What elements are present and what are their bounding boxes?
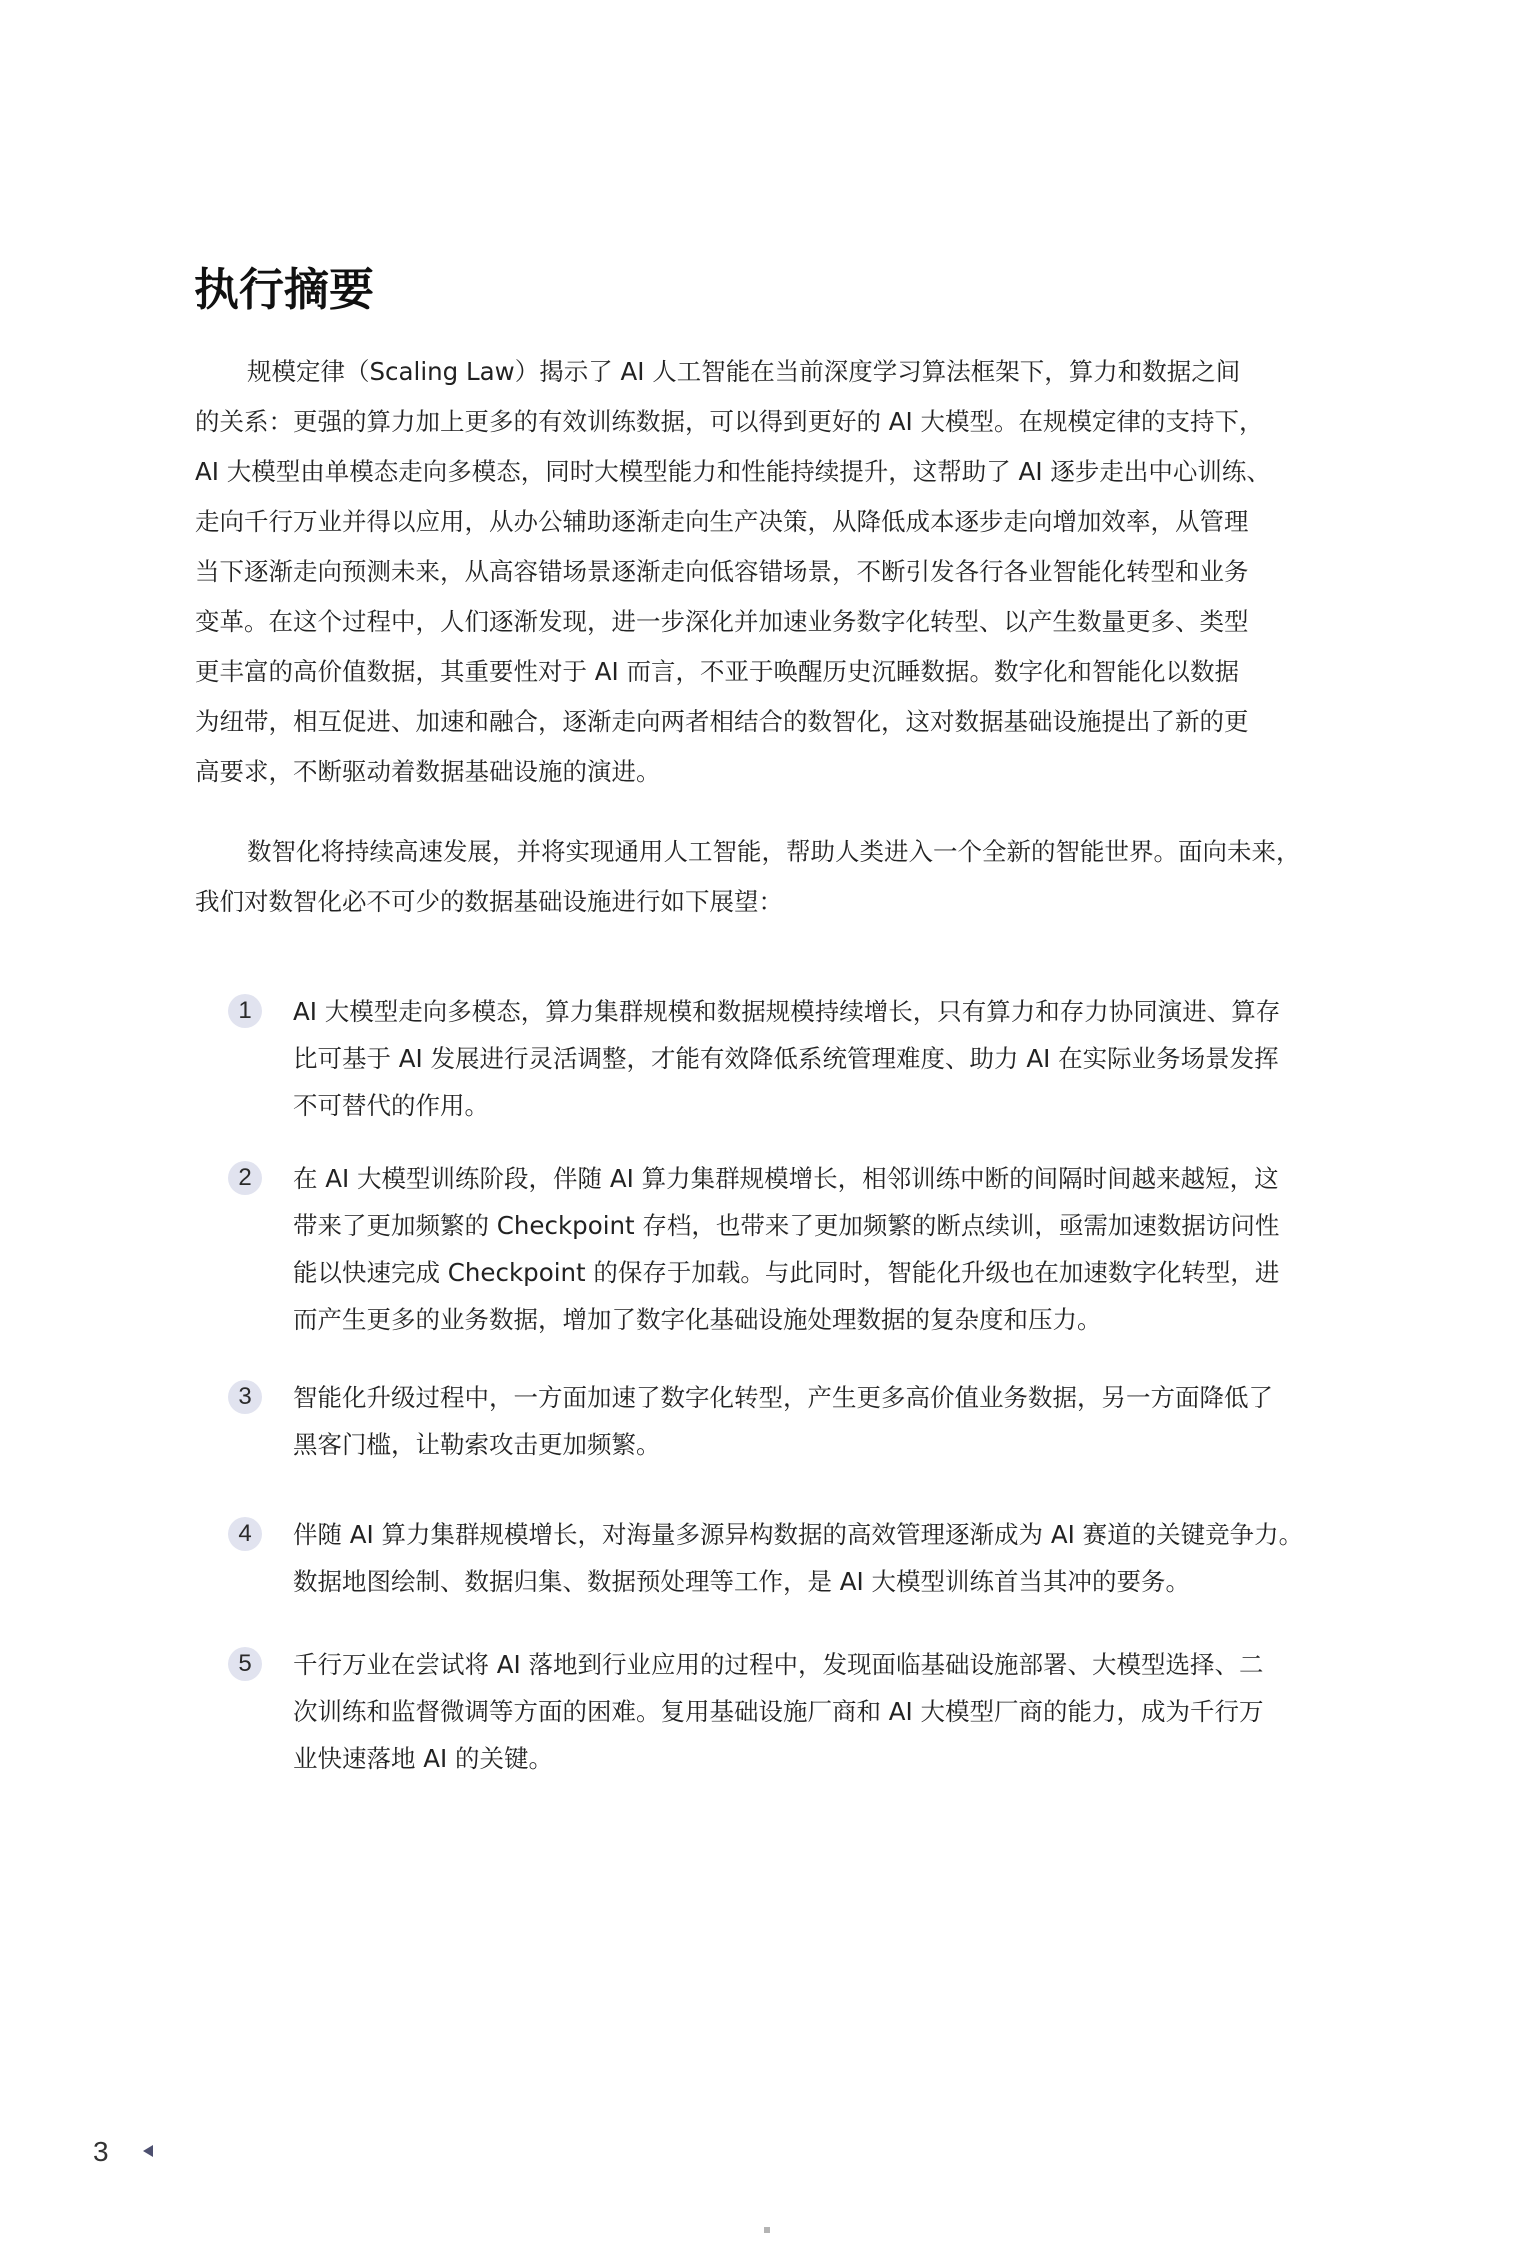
paragraph-line: 更丰富的高价值数据，其重要性对于 AI 而言，不亚于唤醒历史沉睡数据。数字化和智… — [195, 647, 1340, 697]
list-item-line: 次训练和监督微调等方面的困难。复用基础设施厂商和 AI 大模型厂商的能力，成为千… — [293, 1688, 1264, 1735]
list-item-line: 不可替代的作用。 — [293, 1082, 1280, 1129]
list-item-line: 比可基于 AI 发展进行灵活调整，才能有效降低系统管理难度、助力 AI 在实际业… — [293, 1035, 1280, 1082]
list-item-text: 智能化升级过程中，一方面加速了数字化转型，产生更多高价值业务数据，另一方面降低了… — [293, 1374, 1273, 1468]
paragraph-line: 走向千行万业并得以应用，从办公辅助逐渐走向生产决策，从降低成本逐步走向增加效率，… — [195, 497, 1340, 547]
paragraph-line: AI 大模型由单模态走向多模态，同时大模型能力和性能持续提升，这帮助了 AI 逐… — [195, 447, 1340, 497]
number-badge: 2 — [228, 1161, 262, 1195]
triangle-left-icon — [143, 2145, 153, 2157]
list-item-text: 在 AI 大模型训练阶段，伴随 AI 算力集群规模增长，相邻训练中断的间隔时间越… — [293, 1155, 1279, 1343]
number-badge: 1 — [228, 994, 262, 1028]
summary-paragraph-2: 数智化将持续高速发展，并将实现通用人工智能，帮助人类进入一个全新的智能世界。面向… — [195, 827, 1340, 927]
list-item-line: 智能化升级过程中，一方面加速了数字化转型，产生更多高价值业务数据，另一方面降低了 — [293, 1374, 1273, 1421]
list-item-line: 能以快速完成 Checkpoint 的保存于加载。与此同时，智能化升级也在加速数… — [293, 1249, 1279, 1296]
paragraph-line: 我们对数智化必不可少的数据基础设施进行如下展望： — [195, 877, 1340, 927]
paragraph-line: 为纽带，相互促进、加速和融合，逐渐走向两者相结合的数智化，这对数据基础设施提出了… — [195, 697, 1340, 747]
number-badge: 4 — [228, 1517, 262, 1551]
list-item-line: 数据地图绘制、数据归集、数据预处理等工作，是 AI 大模型训练首当其冲的要务。 — [293, 1558, 1303, 1605]
list-item-text: 千行万业在尝试将 AI 落地到行业应用的过程中，发现面临基础设施部署、大模型选择… — [293, 1641, 1264, 1782]
list-item-line: 伴随 AI 算力集群规模增长，对海量多源异构数据的高效管理逐渐成为 AI 赛道的… — [293, 1511, 1303, 1558]
center-marker — [764, 2227, 770, 2233]
paragraph-line: 当下逐渐走向预测未来，从高容错场景逐渐走向低容错场景，不断引发各行各业智能化转型… — [195, 547, 1340, 597]
number-badge: 3 — [228, 1380, 262, 1414]
page-title: 执行摘要 — [194, 262, 374, 318]
list-item-line: 在 AI 大模型训练阶段，伴随 AI 算力集群规模增长，相邻训练中断的间隔时间越… — [293, 1155, 1279, 1202]
paragraph-line: 高要求，不断驱动着数据基础设施的演进。 — [195, 747, 1340, 797]
list-item-line: 业快速落地 AI 的关键。 — [293, 1735, 1264, 1782]
paragraph-line: 规模定律（Scaling Law）揭示了 AI 人工智能在当前深度学习算法框架下… — [195, 347, 1340, 397]
summary-paragraph-1: 规模定律（Scaling Law）揭示了 AI 人工智能在当前深度学习算法框架下… — [195, 347, 1340, 797]
list-item-line: 千行万业在尝试将 AI 落地到行业应用的过程中，发现面临基础设施部署、大模型选择… — [293, 1641, 1264, 1688]
page-number: 3 — [93, 2135, 109, 2169]
list-item-line: AI 大模型走向多模态，算力集群规模和数据规模持续增长，只有算力和存力协同演进、… — [293, 988, 1280, 1035]
list-item-line: 带来了更加频繁的 Checkpoint 存档，也带来了更加频繁的断点续训，亟需加… — [293, 1202, 1279, 1249]
paragraph-line: 变革。在这个过程中，人们逐渐发现，进一步深化并加速业务数字化转型、以产生数量更多… — [195, 597, 1340, 647]
number-badge: 5 — [228, 1647, 262, 1681]
paragraph-line: 的关系：更强的算力加上更多的有效训练数据，可以得到更好的 AI 大模型。在规模定… — [195, 397, 1340, 447]
list-item-text: AI 大模型走向多模态，算力集群规模和数据规模持续增长，只有算力和存力协同演进、… — [293, 988, 1280, 1129]
paragraph-line: 数智化将持续高速发展，并将实现通用人工智能，帮助人类进入一个全新的智能世界。面向… — [195, 827, 1340, 877]
list-item-line: 黑客门槛，让勒索攻击更加频繁。 — [293, 1421, 1273, 1468]
list-item-text: 伴随 AI 算力集群规模增长，对海量多源异构数据的高效管理逐渐成为 AI 赛道的… — [293, 1511, 1303, 1605]
list-item-line: 而产生更多的业务数据，增加了数字化基础设施处理数据的复杂度和压力。 — [293, 1296, 1279, 1343]
